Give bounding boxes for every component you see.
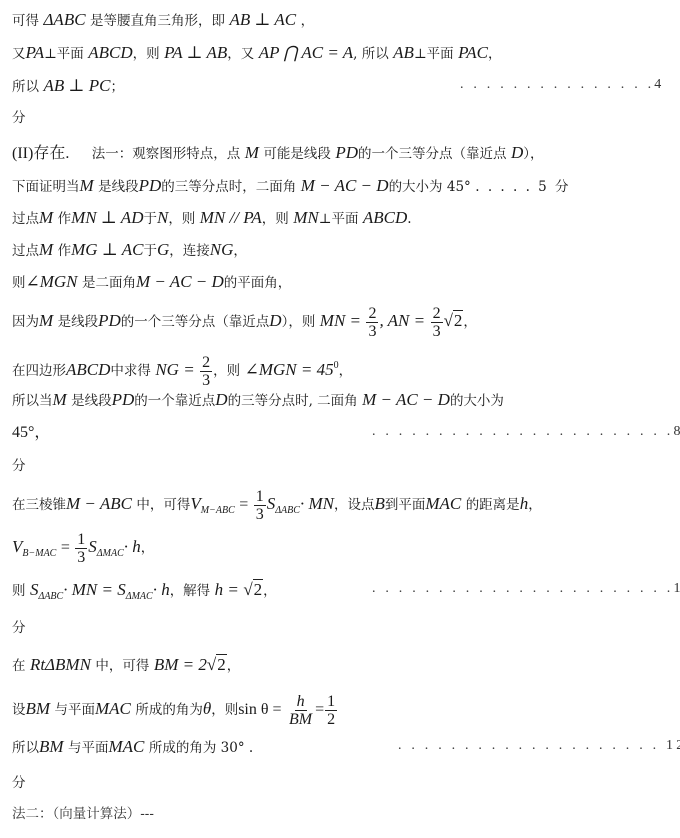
math: ABCD [88, 43, 132, 62]
math: PD [139, 176, 162, 195]
math: sin θ = [238, 701, 281, 718]
score-unit: 分 [12, 618, 26, 638]
text-line: 可得 ΔABC 是等腰直角三角形，即 AB ⊥ AC ， [12, 10, 314, 31]
fraction: 23 [431, 305, 443, 340]
denominator: 3 [254, 506, 266, 523]
math: PA ⊥ AB [164, 43, 227, 62]
subscript: ΔABC [275, 505, 300, 516]
math: MG ⊥ AC [71, 240, 143, 259]
math: V [190, 494, 200, 513]
score-marker: . . . . . . . . . . . . . . . . . . . . … [372, 581, 680, 597]
text-line: 所以BM 与平面MAC 所成的角为 30° . [12, 737, 253, 758]
subscript: B−MAC [22, 548, 56, 559]
math: ∠MGN = 45 [245, 360, 334, 379]
text: 则 [12, 583, 26, 599]
fraction: 13 [75, 531, 87, 566]
score-unit: 分 [12, 773, 26, 793]
text: 在四边形 [12, 363, 66, 379]
text: 到平面 [385, 497, 426, 513]
text-line: 又PA⊥平面 ABCD，则 PA ⊥ AB，又 AP ⋂ AC = A, 所以 … [12, 43, 502, 64]
text: 的三等分点时，二面角 [161, 179, 296, 195]
text: 设 [12, 702, 26, 718]
denominator: 3 [431, 323, 443, 340]
text: ， [233, 243, 247, 259]
math: · h [153, 580, 170, 599]
math: · MN [300, 494, 334, 513]
text: 于 [143, 243, 157, 259]
text: ，则 [133, 46, 160, 62]
math: D [269, 311, 281, 330]
text: 在 [12, 658, 26, 674]
math: M [39, 311, 53, 330]
text: 是线段 [98, 179, 139, 195]
denominator: 3 [200, 372, 212, 389]
text: 所以当 [12, 393, 53, 409]
subscript: ΔABC [38, 591, 63, 602]
math: AP ⋂ AC = A [259, 43, 353, 62]
math: M − AC − D [362, 390, 450, 409]
text: 的一个三等分点（靠近点 [121, 314, 270, 330]
math: · h [124, 537, 141, 556]
math: , AN = [379, 311, 425, 330]
math: MN ⊥ AD [71, 208, 143, 227]
math: AB ⊥ AC [229, 10, 296, 29]
text: 的一个靠近点 [134, 393, 215, 409]
math: ABCD [363, 208, 407, 227]
text: 的大小为 [450, 393, 504, 409]
text: ， [263, 583, 277, 599]
text-line: 所以 AB ⊥ PC； [12, 76, 124, 97]
text: ⊥平面 [44, 46, 84, 62]
text: 所成的角为 [135, 702, 203, 718]
math: M − ABC [66, 494, 132, 513]
math: MAC [95, 699, 131, 718]
text: 与平面 [68, 740, 109, 756]
math: PAC [458, 43, 488, 62]
text-line: 45°， [12, 423, 50, 443]
denominator: 2 [325, 711, 337, 728]
score-marker: . . . . . . . . . . . . . . . . . . . . … [398, 738, 680, 754]
numerator: h [295, 693, 307, 711]
text: 在三棱锥 [12, 497, 66, 513]
text: 中求得 [110, 363, 151, 379]
math: ABCD [66, 360, 110, 379]
math: G [157, 240, 169, 259]
text: 的平面角， [224, 275, 292, 291]
text: ， [301, 13, 315, 29]
text-line: 所以当M 是线段PD的一个靠近点D的三等分点时, 二面角 M − AC − D的… [12, 390, 504, 411]
text: ⊥平面 [414, 46, 454, 62]
numerator: 2 [366, 305, 378, 323]
text: 下面证明当 [12, 179, 80, 195]
math: MN [293, 208, 319, 227]
math: BM [26, 699, 51, 718]
denominator: 3 [75, 549, 87, 566]
math: · MN = S [63, 580, 125, 599]
text-line: 法二：（向量计算法）--- [12, 804, 154, 824]
text: 是线段 [58, 314, 99, 330]
math: = [239, 496, 248, 513]
text: ，则 [168, 211, 195, 227]
text-line: 则∠MGN 是二面角M − AC − D的平面角， [12, 272, 291, 293]
text-line: 过点M 作MN ⊥ AD于N，则 MN // PA，则 MN⊥平面 ABCD. [12, 208, 412, 229]
text: ， [141, 540, 155, 556]
text-line: 过点M 作MG ⊥ AC于G，连接NG， [12, 240, 247, 261]
text: 的距离是 [466, 497, 520, 513]
text: 所成的角为 30° . [149, 740, 253, 756]
text: ， [227, 658, 241, 674]
text-line: 下面证明当M 是线段PD的三等分点时，二面角 M − AC − D的大小为 45… [12, 176, 571, 197]
math: NG = [155, 360, 194, 379]
math: M [245, 143, 259, 162]
numerator: 2 [200, 354, 212, 372]
text: 的三等分点时, 二面角 [228, 393, 358, 409]
radicand: 2 [216, 654, 227, 674]
text: ， [463, 314, 477, 330]
text: 作 [58, 211, 72, 227]
section-label: (II)存在. [12, 145, 69, 162]
text: 法二：（向量计算法）--- [12, 806, 154, 822]
sqrt: √2 [243, 579, 263, 599]
math: PD [335, 143, 358, 162]
text: ，则 [211, 702, 238, 718]
math: M − AC − D [136, 272, 224, 291]
text: 可能是线段 [263, 146, 331, 162]
fraction: 23 [366, 305, 378, 340]
text: 中，可得 [95, 658, 149, 674]
text: ， [339, 363, 353, 379]
text-line: 因为M 是线段PD的一个三等分点（靠近点D），则 MN = 23, AN = 2… [12, 302, 477, 341]
text: 则 [12, 275, 26, 291]
numerator: 2 [431, 305, 443, 323]
math: B [374, 494, 384, 513]
sqrt: √2 [444, 310, 464, 330]
math: RtΔBMN [30, 655, 91, 674]
text: 可得 [12, 13, 39, 29]
math: h = [215, 580, 239, 599]
math: M [53, 390, 67, 409]
math: MN // PA [200, 208, 262, 227]
text: 所以 [12, 740, 39, 756]
text: ， [528, 497, 542, 513]
subscript: ΔMAC [126, 591, 153, 602]
denominator: BM [287, 711, 314, 728]
subscript: ΔMAC [97, 548, 124, 559]
text: 是二面角 [82, 275, 136, 291]
math: = [315, 701, 324, 718]
math: M [39, 240, 53, 259]
score-marker: . . . . . . . . . . . . . . .4 [460, 77, 665, 93]
text: 45°， [12, 424, 50, 441]
radicand: 2 [453, 310, 464, 330]
math: V [12, 537, 22, 556]
math: M [80, 176, 94, 195]
text-line: 则 SΔABC· MN = SΔMAC· h，解得 h = √2， [12, 580, 277, 607]
fraction: 12 [325, 693, 337, 728]
numerator: 1 [75, 531, 87, 549]
text: ）， [523, 146, 543, 162]
math: BM [39, 737, 64, 756]
text: 中，可得 [136, 497, 190, 513]
math: MAC [109, 737, 145, 756]
text: 是线段 [71, 393, 112, 409]
text-line: VB−MAC = 13SΔMAC· h， [12, 528, 154, 573]
math: S [267, 494, 276, 513]
math: h [520, 494, 529, 513]
text-line: (II)存在. 法一：观察图形特点，点 M 可能是线段 PD的一个三等分点（靠近… [12, 143, 543, 164]
text: 因为 [12, 314, 39, 330]
text-line: 在三棱锥M − ABC 中，可得VM−ABC = 13SΔABC· MN，设点B… [12, 485, 542, 530]
text: ，又 [227, 46, 254, 62]
text: 所以 [12, 79, 39, 95]
text: ； [110, 79, 124, 95]
text: ，设点 [334, 497, 375, 513]
text: 于 [143, 211, 157, 227]
text: 过点 [12, 211, 39, 227]
math: M [39, 208, 53, 227]
math: M − AC − D [301, 176, 389, 195]
score-unit: 分 [12, 108, 26, 128]
math: MN = [320, 311, 361, 330]
text-line: 在 RtΔBMN 中，可得 BM = 2√2， [12, 655, 240, 676]
math: N [157, 208, 168, 227]
text: ，连接 [169, 243, 210, 259]
score-marker: . . . . . . . . . . . . . . . . . . . . … [372, 424, 680, 440]
text: 过点 [12, 243, 39, 259]
math: PA [26, 43, 45, 62]
sqrt: √2 [207, 654, 227, 674]
subscript: M−ABC [201, 505, 235, 516]
math: NG [210, 240, 234, 259]
math: S [88, 537, 97, 556]
math: MAC [425, 494, 461, 513]
text: 是等腰直角三角形，即 [90, 13, 225, 29]
text: ，解得 [170, 583, 211, 599]
text: , 所以 [353, 46, 389, 62]
text: ，则 [213, 363, 240, 379]
text-line: 设BM 与平面MAC 所成的角为θ，则sin θ = hBM=12 [12, 688, 338, 731]
math: D [215, 390, 227, 409]
math: = [61, 539, 70, 556]
math: ∠MGN [26, 272, 78, 291]
text: 作 [58, 243, 72, 259]
math: θ [203, 699, 211, 718]
math: PD [98, 311, 121, 330]
text: . [407, 211, 411, 227]
text: 法一：观察图形特点，点 [92, 146, 241, 162]
text: 又 [12, 46, 26, 62]
text: 与平面 [55, 702, 96, 718]
text: ），则 [282, 314, 316, 330]
numerator: 1 [254, 488, 266, 506]
denominator: 3 [366, 323, 378, 340]
score-marker: . . . . . 5 分 [475, 179, 570, 195]
fraction: 13 [254, 488, 266, 523]
score-unit: 分 [12, 456, 26, 476]
math: AB ⊥ PC [43, 76, 110, 95]
text: ， [488, 46, 502, 62]
radicand: 2 [253, 579, 264, 599]
fraction: hBM [287, 693, 314, 728]
text: 的大小为 45° [389, 179, 471, 195]
math: PD [112, 390, 135, 409]
math: D [511, 143, 523, 162]
text: 的一个三等分点（靠近点 [358, 146, 507, 162]
fraction: 23 [200, 354, 212, 389]
text: ，则 [262, 211, 289, 227]
math: BM = 2 [154, 655, 207, 674]
text-line: 在四边形ABCD中求得 NG = 23，则 ∠MGN = 450， [12, 347, 352, 390]
math: ΔABC [43, 10, 85, 29]
numerator: 1 [325, 693, 337, 711]
text: ⊥平面 [319, 211, 359, 227]
math: AB [393, 43, 414, 62]
